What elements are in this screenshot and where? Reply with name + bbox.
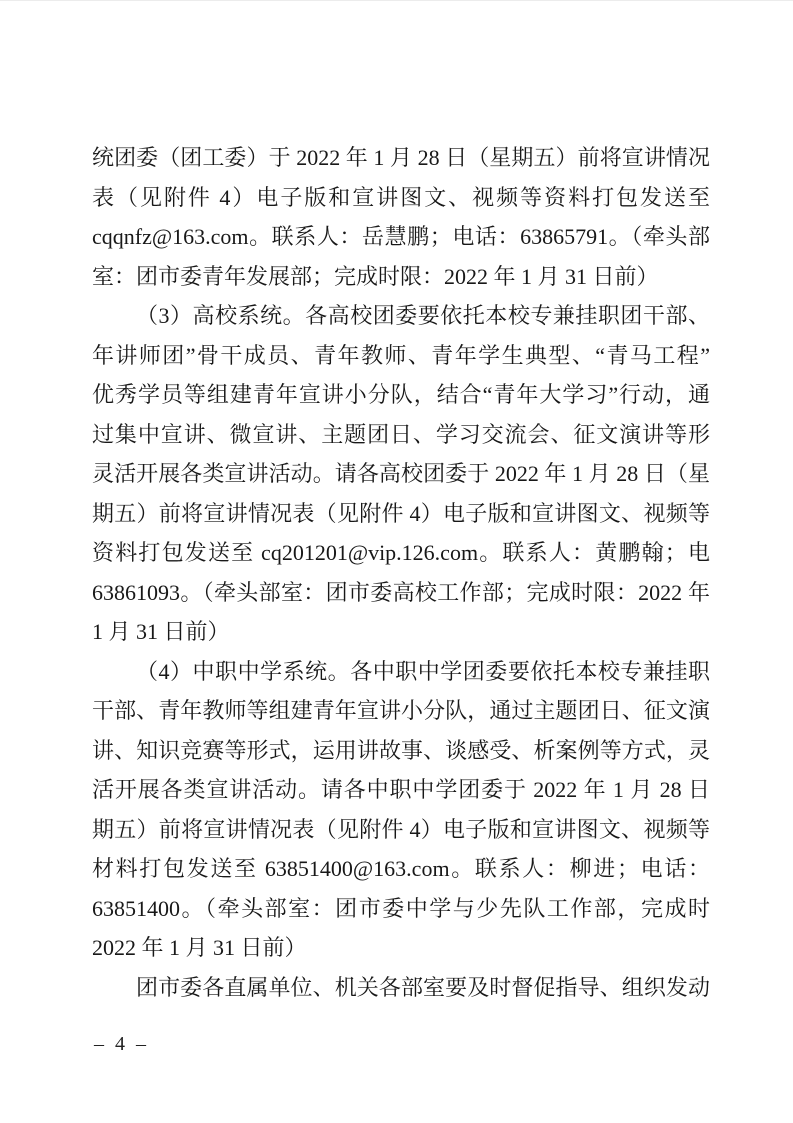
text-line: 灵活开展各类宣讲活动。请各高校团委于 2022 年 1 月 28 日（星: [92, 454, 710, 494]
text-line: 表（见附件 4）电子版和宣讲图文、视频等资料打包发送至: [92, 178, 710, 218]
text-line: 讲、知识竞赛等形式，运用讲故事、谈感受、析案例等方式，灵: [92, 731, 710, 771]
text-line: 2022 年 1 月 31 日前）: [92, 928, 710, 968]
paragraph-continuation: 统团委（团工委）于 2022 年 1 月 28 日（星期五）前将宣讲情况 表（见…: [92, 138, 710, 296]
text-line: 63861093。（牵头部室：团市委高校工作部；完成时限：2022 年: [92, 573, 710, 613]
paragraph-closing: 团市委各直属单位、机关各部室要及时督促指导、组织发动: [92, 968, 710, 1008]
text-line: 优秀学员等组建青年宣讲小分队，结合“青年大学习”行动，通: [92, 375, 710, 415]
document-body: 统团委（团工委）于 2022 年 1 月 28 日（星期五）前将宣讲情况 表（见…: [92, 138, 710, 1007]
page-number: – 4 –: [94, 1030, 149, 1058]
text-line: （3）高校系统。各高校团委要依托本校专兼挂职团干部、“青: [92, 296, 710, 336]
text-line: 63851400。（牵头部室：团市委中学与少先队工作部，完成时限：: [92, 889, 710, 929]
text-line: （4）中职中学系统。各中职中学团委要依托本校专兼挂职团: [92, 652, 710, 692]
text-line: 室：团市委青年发展部；完成时限：2022 年 1 月 31 日前）: [92, 257, 710, 297]
text-line: 团市委各直属单位、机关各部室要及时督促指导、组织发动: [92, 968, 710, 1008]
paragraph-item-4-secondary-schools: （4）中职中学系统。各中职中学团委要依托本校专兼挂职团 干部、青年教师等组建青年…: [92, 652, 710, 968]
text-line: 活开展各类宣讲活动。请各中职中学团委于 2022 年 1 月 28 日（星: [92, 770, 710, 810]
text-line: cqqnfz@163.com。联系人：岳慧鹏；电话：63865791。（牵头部: [92, 217, 710, 257]
text-line: 期五）前将宣讲情况表（见附件 4）电子版和宣讲图文、视频等: [92, 494, 710, 534]
text-line: 期五）前将宣讲情况表（见附件 4）电子版和宣讲图文、视频等: [92, 810, 710, 850]
text-line: 统团委（团工委）于 2022 年 1 月 28 日（星期五）前将宣讲情况: [92, 138, 710, 178]
text-line: 干部、青年教师等组建青年宣讲小分队，通过主题团日、征文演: [92, 691, 710, 731]
text-line: 过集中宣讲、微宣讲、主题团日、学习交流会、征文演讲等形式，: [92, 415, 710, 455]
document-page: 统团委（团工委）于 2022 年 1 月 28 日（星期五）前将宣讲情况 表（见…: [0, 0, 793, 1123]
text-line: 材料打包发送至 63851400@163.com。联系人：柳进；电话：: [92, 849, 710, 889]
text-line: 1 月 31 日前）: [92, 612, 710, 652]
paragraph-item-3-universities: （3）高校系统。各高校团委要依托本校专兼挂职团干部、“青 年讲师团”骨干成员、青…: [92, 296, 710, 652]
text-line: 资料打包发送至 cq201201@vip.126.com。联系人：黄鹏翰；电话：: [92, 533, 710, 573]
text-line: 年讲师团”骨干成员、青年教师、青年学生典型、“青马工程”: [92, 336, 710, 376]
